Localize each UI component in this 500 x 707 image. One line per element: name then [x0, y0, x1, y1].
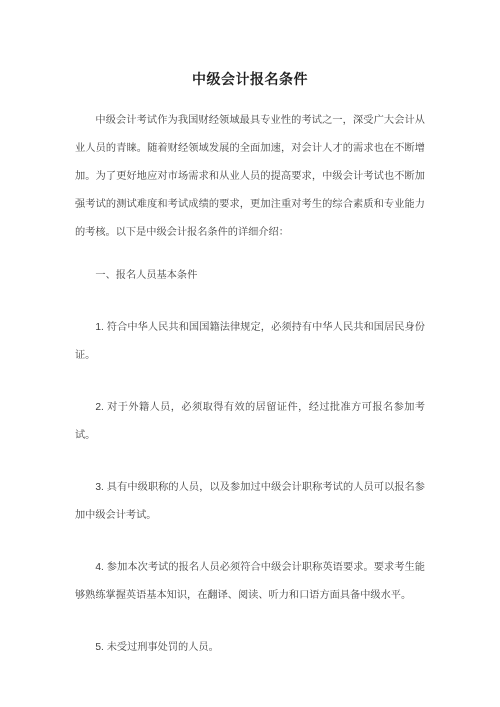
requirement-item-3: 3. 具有中级职称的人员，以及参加过中级会计职称考试的人员可以报名参加中级会计考…	[75, 474, 425, 530]
requirement-item-5: 5. 未受过刑事处罚的人员。	[75, 634, 425, 662]
requirement-item-1: 1. 符合中华人民共和国国籍法律规定，必须持有中华人民共和国居民身份证。	[75, 314, 425, 370]
document-page: 中级会计报名条件 中级会计考试作为我国财经领域最具专业性的考试之一，深受广大会计…	[0, 0, 500, 707]
document-title: 中级会计报名条件	[75, 71, 425, 87]
requirement-item-4: 4. 参加本次考试的报名人员必须符合中级会计职称英语要求。要求考生能够熟练掌握英…	[75, 554, 425, 610]
intro-paragraph: 中级会计考试作为我国财经领域最具专业性的考试之一，深受广大会计从业人员的青睐。随…	[75, 107, 425, 247]
section-heading: 一、报名人员基本条件	[75, 262, 425, 290]
requirement-item-2: 2. 对于外籍人员，必须取得有效的居留证件，经过批准方可报名参加考试。	[75, 394, 425, 450]
